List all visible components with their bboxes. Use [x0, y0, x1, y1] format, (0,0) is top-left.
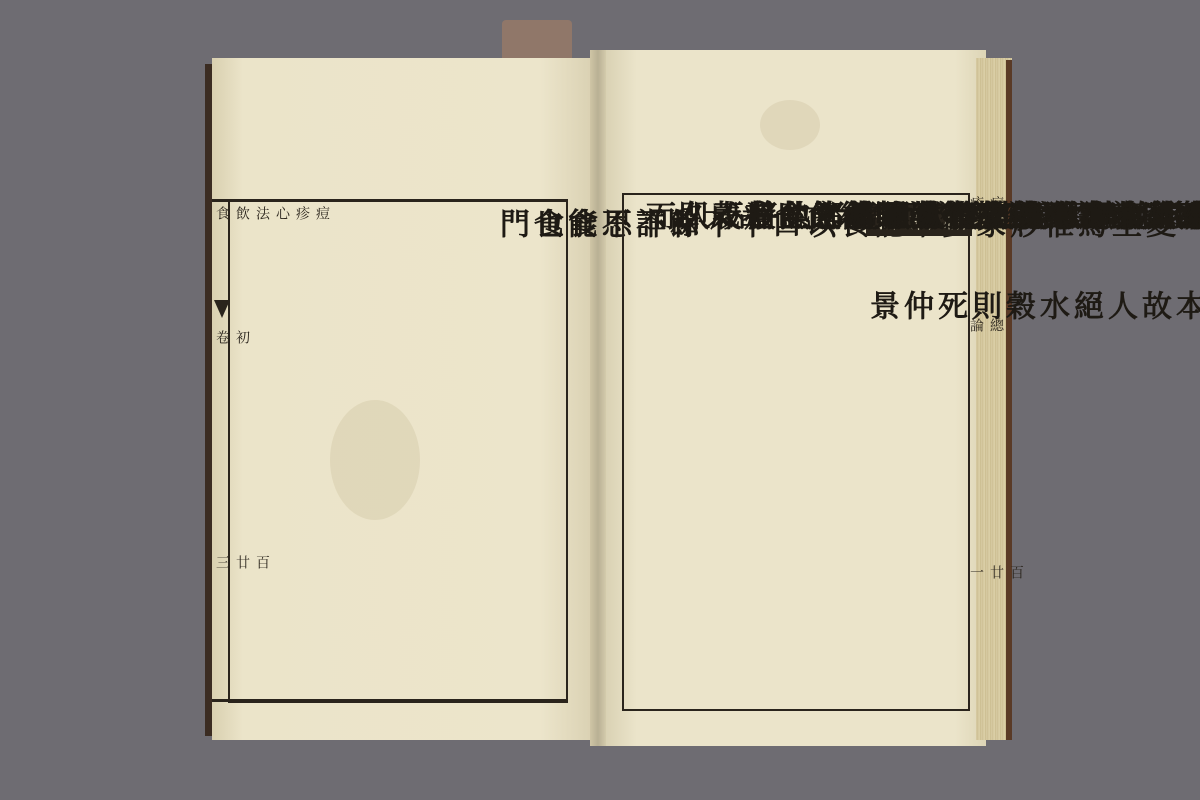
text-column: 經曰人以水穀爲本故人絕水穀則死仲景 [864, 290, 1200, 322]
text-column: 叔和所謂口乾饒飲水多食亦肌虛者也將不久而 [640, 200, 1200, 232]
right-margin-page-number: 百廿一 [966, 565, 1026, 580]
book-gutter [590, 50, 606, 746]
fish-tail-mark [214, 300, 230, 318]
paper-stain [760, 100, 820, 150]
left-margin-page-number: 百廿三 [212, 555, 272, 570]
right-text-frame [622, 193, 970, 711]
cover-edge [1006, 60, 1012, 740]
left-margin-title: 痘疹心法飲食 [212, 206, 332, 221]
left-text-frame [228, 199, 568, 703]
left-margin-section: 初卷 [212, 330, 252, 345]
